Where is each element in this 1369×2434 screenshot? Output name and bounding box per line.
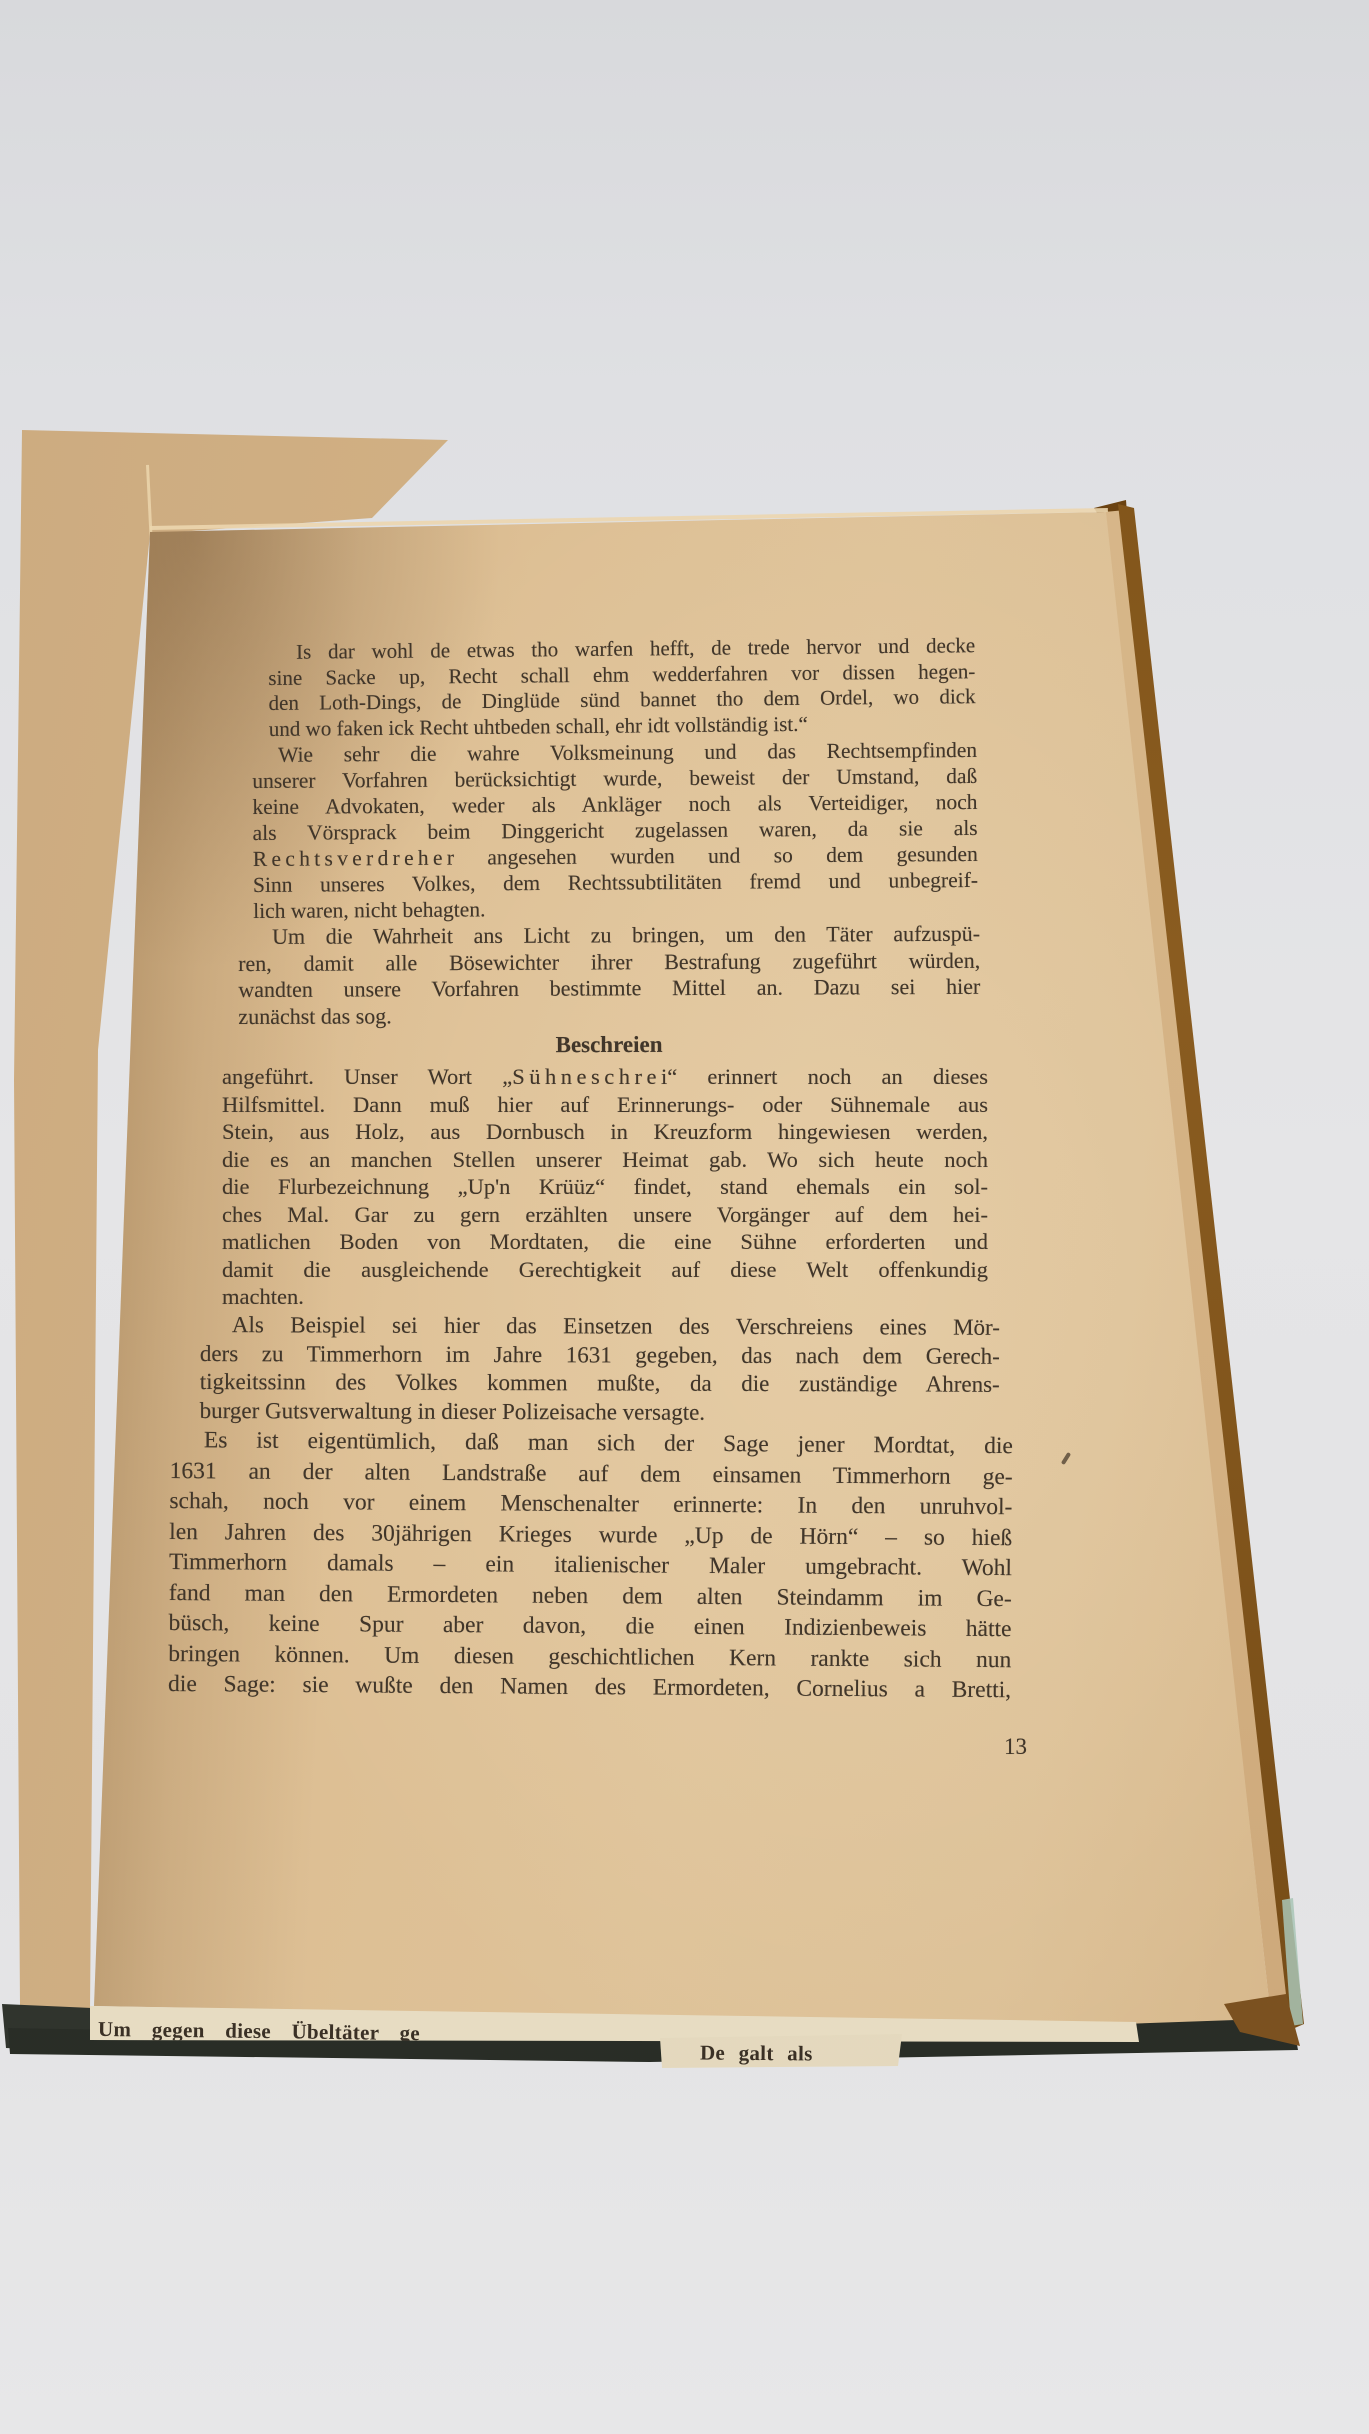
text-line: Timmerhorn damals – ein italienischer Ma… <box>169 1546 1012 1583</box>
book-photo: Um gegen diese Übeltäter ge De galt als … <box>0 0 1369 2434</box>
text-line: Stein, aus Holz, aus Dornbusch in Kreuzf… <box>222 1118 988 1146</box>
text-line: die Flurbezeichnung „Up'n Krüüz“ findet,… <box>222 1173 988 1201</box>
text-line: Beschreien <box>238 1030 980 1059</box>
text-line: ders zu Timmerhorn im Jahre 1631 gegeben… <box>200 1339 1000 1370</box>
text-line: schah, noch vor einem Menschenalter erin… <box>169 1485 1012 1522</box>
text-line: damit die ausgleichende Gerechtigkeit au… <box>222 1256 988 1284</box>
page-text: Is dar wohl de etwas tho warfen hefft, d… <box>0 640 1369 1699</box>
text-line: matlichen Boden von Mordtaten, die eine … <box>222 1228 988 1256</box>
paragraph: Als Beispiel sei hier das Einsetzen des … <box>200 1311 1000 1428</box>
text-line: angeführt. Unser Wort „S ü h n e s c h r… <box>222 1063 988 1091</box>
text-line: Hilfsmittel. Dann muß hier auf Erinnerun… <box>222 1091 988 1119</box>
paragraph: Wie sehr die wahre Volksmeinung und das … <box>252 737 978 924</box>
text-line: machten. <box>222 1283 988 1311</box>
text-line: Sinn unseres Volkes, dem Rechtssubtilitä… <box>253 867 978 898</box>
under-page-fragment-right: De galt als <box>700 2041 813 2067</box>
text-line: Es ist eigentümlich, daß man sich der Sa… <box>170 1425 1013 1462</box>
paragraph: angeführt. Unser Wort „S ü h n e s c h r… <box>222 1063 988 1311</box>
text-line: zunächst das sog. <box>238 1000 980 1030</box>
paragraph: Is dar wohl de etwas tho warfen hefft, d… <box>268 633 976 742</box>
text-line: wandten unsere Vorfahren bestimmte Mitte… <box>238 974 980 1004</box>
paragraph: Um die Wahrheit ans Licht zu bringen, um… <box>238 921 980 1030</box>
text-line: die Sage: sie wußte den Namen des Ermord… <box>168 1668 1011 1705</box>
text-line: Als Beispiel sei hier das Einsetzen des … <box>200 1311 1000 1342</box>
text-line: burger Gutsverwaltung in dieser Polizeis… <box>200 1396 1000 1427</box>
section-heading: Beschreien <box>238 1030 980 1059</box>
page-number: 13 <box>1004 1734 1027 1760</box>
text-line: tigkeitssinn des Volkes kommen mußte, da… <box>200 1367 1000 1398</box>
text-line: ches Mal. Gar zu gern erzählten unsere V… <box>222 1201 988 1229</box>
text-line: die es an manchen Stellen unserer Heimat… <box>222 1146 988 1174</box>
paragraph: Es ist eigentümlich, daß man sich der Sa… <box>168 1425 1013 1706</box>
text-line: Um die Wahrheit ans Licht zu bringen, um… <box>238 921 980 951</box>
text-line: büsch, keine Spur aber davon, die einen … <box>168 1607 1011 1644</box>
text-line: lich waren, nicht behagten. <box>253 893 978 924</box>
text-line: ren, damit alle Bösewichter ihrer Bestra… <box>238 947 980 977</box>
